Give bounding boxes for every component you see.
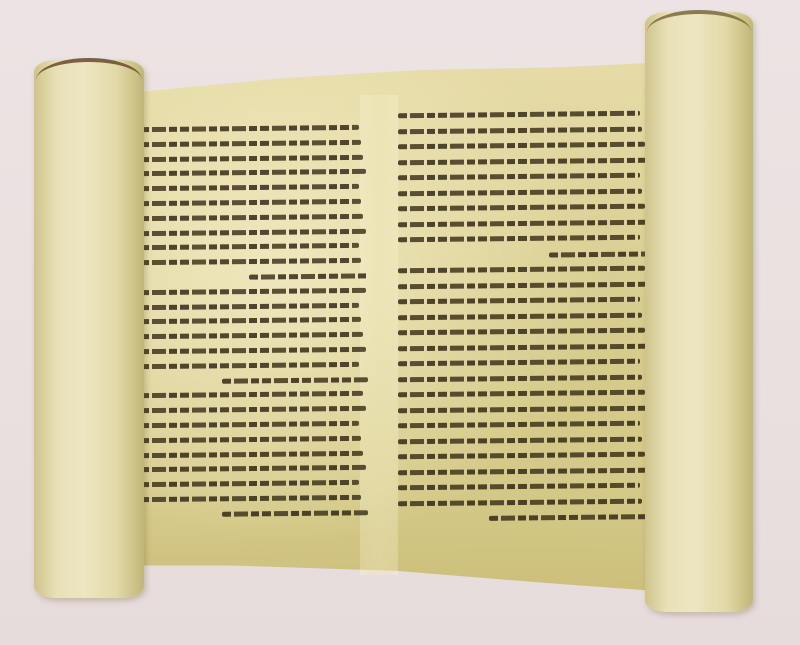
script-line — [398, 188, 642, 196]
script-line — [140, 288, 366, 295]
script-line — [398, 266, 645, 274]
script-line — [398, 173, 640, 181]
script-line — [398, 235, 640, 243]
script-line — [140, 421, 359, 428]
script-line — [140, 258, 361, 265]
script-line — [398, 498, 642, 506]
script-line — [398, 390, 645, 398]
script-line — [140, 125, 359, 132]
script-line — [398, 328, 645, 336]
script-line — [140, 154, 363, 161]
script-line — [222, 510, 368, 517]
script-line — [140, 480, 359, 487]
script-line — [398, 204, 645, 212]
script-line — [398, 374, 642, 382]
right-roller — [645, 12, 753, 612]
script-line — [140, 391, 363, 398]
script-line — [222, 377, 368, 384]
script-line — [140, 465, 366, 472]
script-line — [398, 452, 645, 460]
scroll-photo — [0, 0, 800, 645]
script-line — [140, 140, 361, 147]
script-line — [140, 406, 366, 413]
script-line — [140, 317, 361, 324]
script-line — [398, 405, 647, 413]
script-line — [549, 251, 650, 257]
text-column-left — [140, 126, 368, 526]
script-line — [398, 483, 640, 491]
script-line — [398, 312, 642, 320]
script-line — [398, 111, 640, 119]
script-line — [140, 169, 366, 176]
script-line — [140, 332, 363, 339]
script-line — [398, 359, 640, 367]
script-line — [398, 157, 647, 165]
left-roller — [34, 60, 144, 598]
script-line — [398, 436, 642, 444]
script-line — [140, 184, 359, 191]
script-line — [140, 436, 361, 443]
script-line — [140, 228, 366, 235]
text-column-right — [398, 112, 650, 532]
script-line — [140, 347, 366, 354]
script-line — [140, 362, 359, 369]
script-line — [140, 243, 359, 250]
script-line — [398, 343, 647, 351]
script-line — [398, 281, 647, 289]
script-line — [398, 421, 640, 429]
script-line — [249, 273, 368, 279]
script-line — [398, 467, 647, 475]
script-line — [398, 297, 640, 305]
script-line — [398, 219, 647, 227]
script-line — [140, 214, 363, 221]
script-line — [398, 142, 645, 150]
script-line — [140, 199, 361, 206]
script-line — [140, 450, 363, 457]
script-line — [489, 514, 650, 521]
script-line — [398, 126, 642, 134]
script-line — [140, 495, 361, 502]
script-line — [140, 302, 359, 309]
